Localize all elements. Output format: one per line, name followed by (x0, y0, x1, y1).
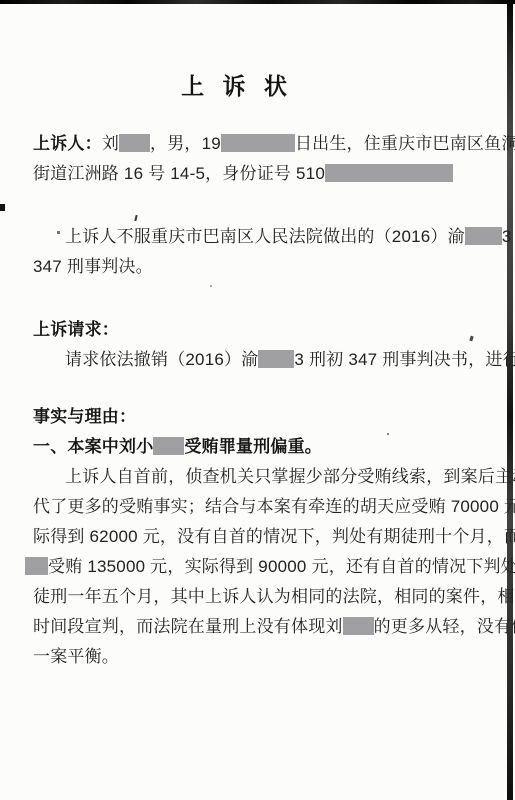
text-segment: 受贿 135000 元，实际得到 90000 元，还有自首的情况下判处有期 (48, 557, 515, 576)
redaction-box (153, 437, 184, 455)
document-line: 请求依法撤销（2016）渝3 刑初 347 刑事判决书，进行改判。 (33, 345, 473, 375)
document-content: 上 诉 状 上诉人：刘，男，19日出生，住重庆市巴南区鱼洞街道江洲路 16 号 … (0, 0, 515, 672)
document-line: 街道江洲路 16 号 14-5，身份证号 510 (33, 159, 473, 189)
text-segment: 时间段宣判，而法院在量刑上没有体现刘 (33, 617, 343, 636)
appellant-info: 上诉人：刘，男，19日出生，住重庆市巴南区鱼洞街道江洲路 16 号 14-5，身… (33, 129, 473, 189)
text-segment: 街道江洲路 16 号 14-5，身份证号 510 (33, 164, 325, 183)
text-segment: 一案平衡。 (33, 647, 119, 666)
text-segment: 3 刑初 (502, 227, 515, 246)
document-line: 上诉人不服重庆市巴南区人民法院做出的（2016）渝3 刑初 (33, 222, 473, 252)
document-line: 事实与理由： (33, 402, 473, 432)
facts-and-reasons: 事实与理由：一、本案中刘小受贿罪量刑偏重。上诉人自首前，侦查机关只掌握少部分受贿… (33, 402, 473, 672)
text-segment: 代了更多的受贿事实；结合与本案有牵连的胡天应受贿 70000 元，实 (33, 497, 515, 516)
text-segment: 刘 (102, 134, 119, 153)
document-line: 上诉人：刘，男，19日出生，住重庆市巴南区鱼洞 (33, 129, 473, 159)
text-segment: 上诉请求： (33, 320, 119, 339)
text-segment: ，男，19 (150, 134, 221, 153)
document-line: 347 刑事判决。 (33, 252, 473, 282)
text-segment: 的更多从轻，没有体现 (374, 617, 515, 636)
document-line: 上诉人自首前，侦查机关只掌握少部分受贿线索，到案后主动交 (33, 462, 473, 492)
document-line: 一案平衡。 (33, 642, 473, 672)
text-segment: 上诉人自首前，侦查机关只掌握少部分受贿线索，到案后主动交 (65, 467, 515, 486)
document-body: 上诉人：刘，男，19日出生，住重庆市巴南区鱼洞街道江洲路 16 号 14-5，身… (33, 129, 473, 672)
text-segment: 受贿罪量刑偏重。 (184, 437, 322, 456)
redaction-box (258, 350, 294, 368)
judgment-reference: 上诉人不服重庆市巴南区人民法院做出的（2016）渝3 刑初347 刑事判决。 (33, 222, 473, 282)
redaction-box (465, 227, 502, 245)
document-line: 际得到 62000 元，没有自首的情况下，判处有期徒刑十个月，而刘 (33, 522, 473, 552)
text-segment: 上诉人不服重庆市巴南区人民法院做出的（2016）渝 (65, 227, 465, 246)
document-line: 受贿 135000 元，实际得到 90000 元，还有自首的情况下判处有期 (33, 552, 473, 582)
document-title: 上 诉 状 (17, 0, 457, 104)
document-line: 一、本案中刘小受贿罪量刑偏重。 (33, 432, 473, 462)
text-segment: 一、本案中刘小 (33, 437, 153, 456)
document-line: 时间段宣判，而法院在量刑上没有体现刘的更多从轻，没有体现 (33, 612, 473, 642)
appeal-request: 上诉请求：请求依法撤销（2016）渝3 刑初 347 刑事判决书，进行改判。 (33, 315, 473, 375)
redaction-box (343, 617, 374, 635)
redaction-box (119, 134, 150, 152)
text-segment: 3 刑初 347 刑事判决书，进行改判。 (294, 350, 515, 369)
document-line: 上诉请求： (33, 315, 473, 345)
redaction-box (25, 557, 48, 575)
text-segment: 日出生，住重庆市巴南区鱼洞 (295, 134, 515, 153)
text-segment: 347 刑事判决。 (33, 257, 153, 276)
redaction-box (221, 134, 295, 152)
text-segment: 际得到 62000 元，没有自首的情况下，判处有期徒刑十个月，而刘 (33, 527, 515, 546)
text-segment: 事实与理由： (33, 407, 136, 426)
text-segment: 徒刑一年五个月，其中上诉人认为相同的法院，相同的案件，相同的 (33, 587, 515, 606)
text-segment: 上诉人： (33, 134, 102, 153)
scanned-document-page: 上 诉 状 上诉人：刘，男，19日出生，住重庆市巴南区鱼洞街道江洲路 16 号 … (0, 0, 515, 800)
document-line: 徒刑一年五个月，其中上诉人认为相同的法院，相同的案件，相同的 (33, 582, 473, 612)
document-line: 代了更多的受贿事实；结合与本案有牵连的胡天应受贿 70000 元，实 (33, 492, 473, 522)
text-segment: 请求依法撤销（2016）渝 (65, 350, 258, 369)
redaction-box (325, 164, 453, 182)
